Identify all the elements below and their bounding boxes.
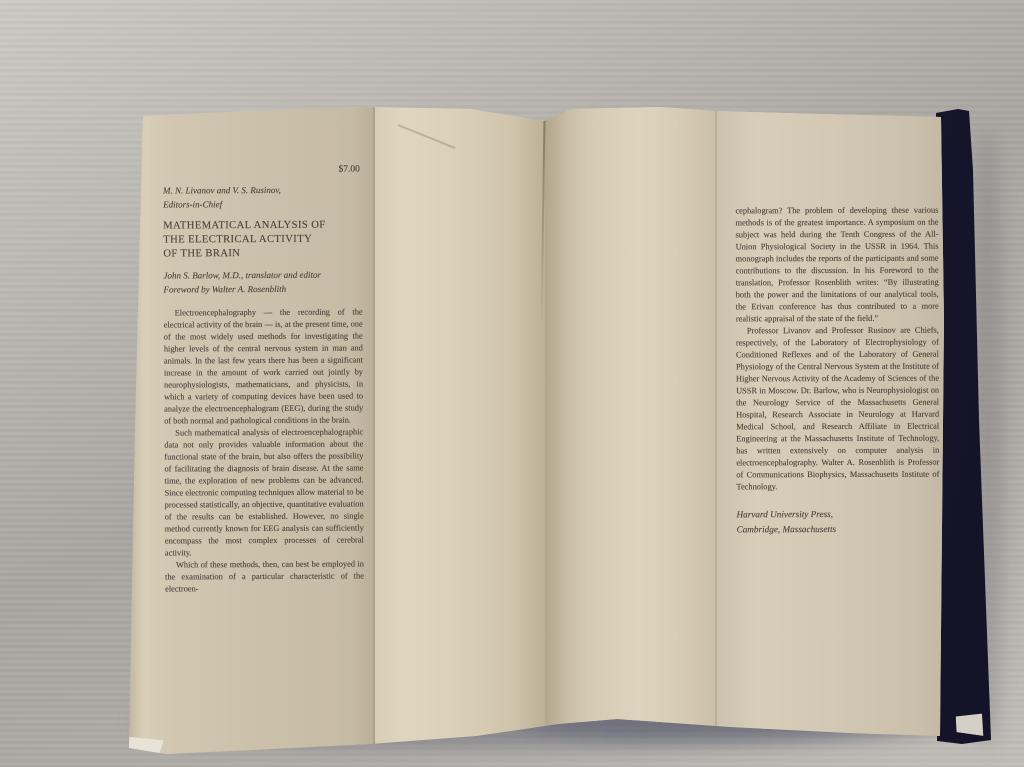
inside-front-panel (375, 100, 545, 761)
translator-credits: John S. Barlow, M.D., translator and edi… (163, 268, 362, 296)
foreword-line: Foreword by Walter A. Rosenblith (163, 282, 362, 297)
back-flap-text: cephalogram? The problem of developing t… (735, 205, 939, 538)
book-title-line3: OF THE BRAIN (163, 246, 362, 261)
publisher-city: Cambridge, Massachusetts (737, 522, 940, 538)
editors-role: Editors-in-Chief (163, 197, 362, 212)
inside-back-panel (590, 100, 716, 761)
price-label: $7.00 (163, 164, 360, 175)
back-flap-paragraph-1: cephalogram? The problem of developing t… (735, 205, 938, 326)
book-title: MATHEMATICAL ANALYSIS OF THE ELECTRICAL … (163, 218, 362, 261)
translator-line: John S. Barlow, M.D., translator and edi… (163, 268, 362, 283)
back-flap-paragraph-2: Professor Livanov and Professor Rusinov … (736, 325, 940, 494)
front-flap-paragraph-2: Such mathematical analysis of electroenc… (164, 426, 364, 559)
publisher-imprint: Harvard University Press, Cambridge, Mas… (736, 507, 939, 538)
editors-byline: M. N. Livanov and V. S. Rusinov, Editors… (163, 183, 362, 211)
spine-fold-panel (545, 100, 590, 761)
front-flap-paragraph-1: Electroencephalography — the recording o… (164, 306, 364, 427)
editors-names: M. N. Livanov and V. S. Rusinov, (163, 183, 362, 198)
dust-jacket: $7.00 M. N. Livanov and V. S. Rusinov, E… (0, 0, 1024, 767)
front-flap-text: $7.00 M. N. Livanov and V. S. Rusinov, E… (163, 164, 364, 595)
left-fold-seam (373, 104, 375, 761)
right-fold-seam (715, 104, 717, 761)
front-flap-paragraph-3: Which of these methods, then, can best b… (165, 558, 364, 595)
photo-open-book-jacket: $7.00 M. N. Livanov and V. S. Rusinov, E… (0, 0, 1024, 767)
book-title-line1: MATHEMATICAL ANALYSIS OF (163, 218, 362, 233)
book-title-line2: THE ELECTRICAL ACTIVITY (163, 232, 362, 247)
publisher-name: Harvard University Press, (736, 507, 939, 523)
